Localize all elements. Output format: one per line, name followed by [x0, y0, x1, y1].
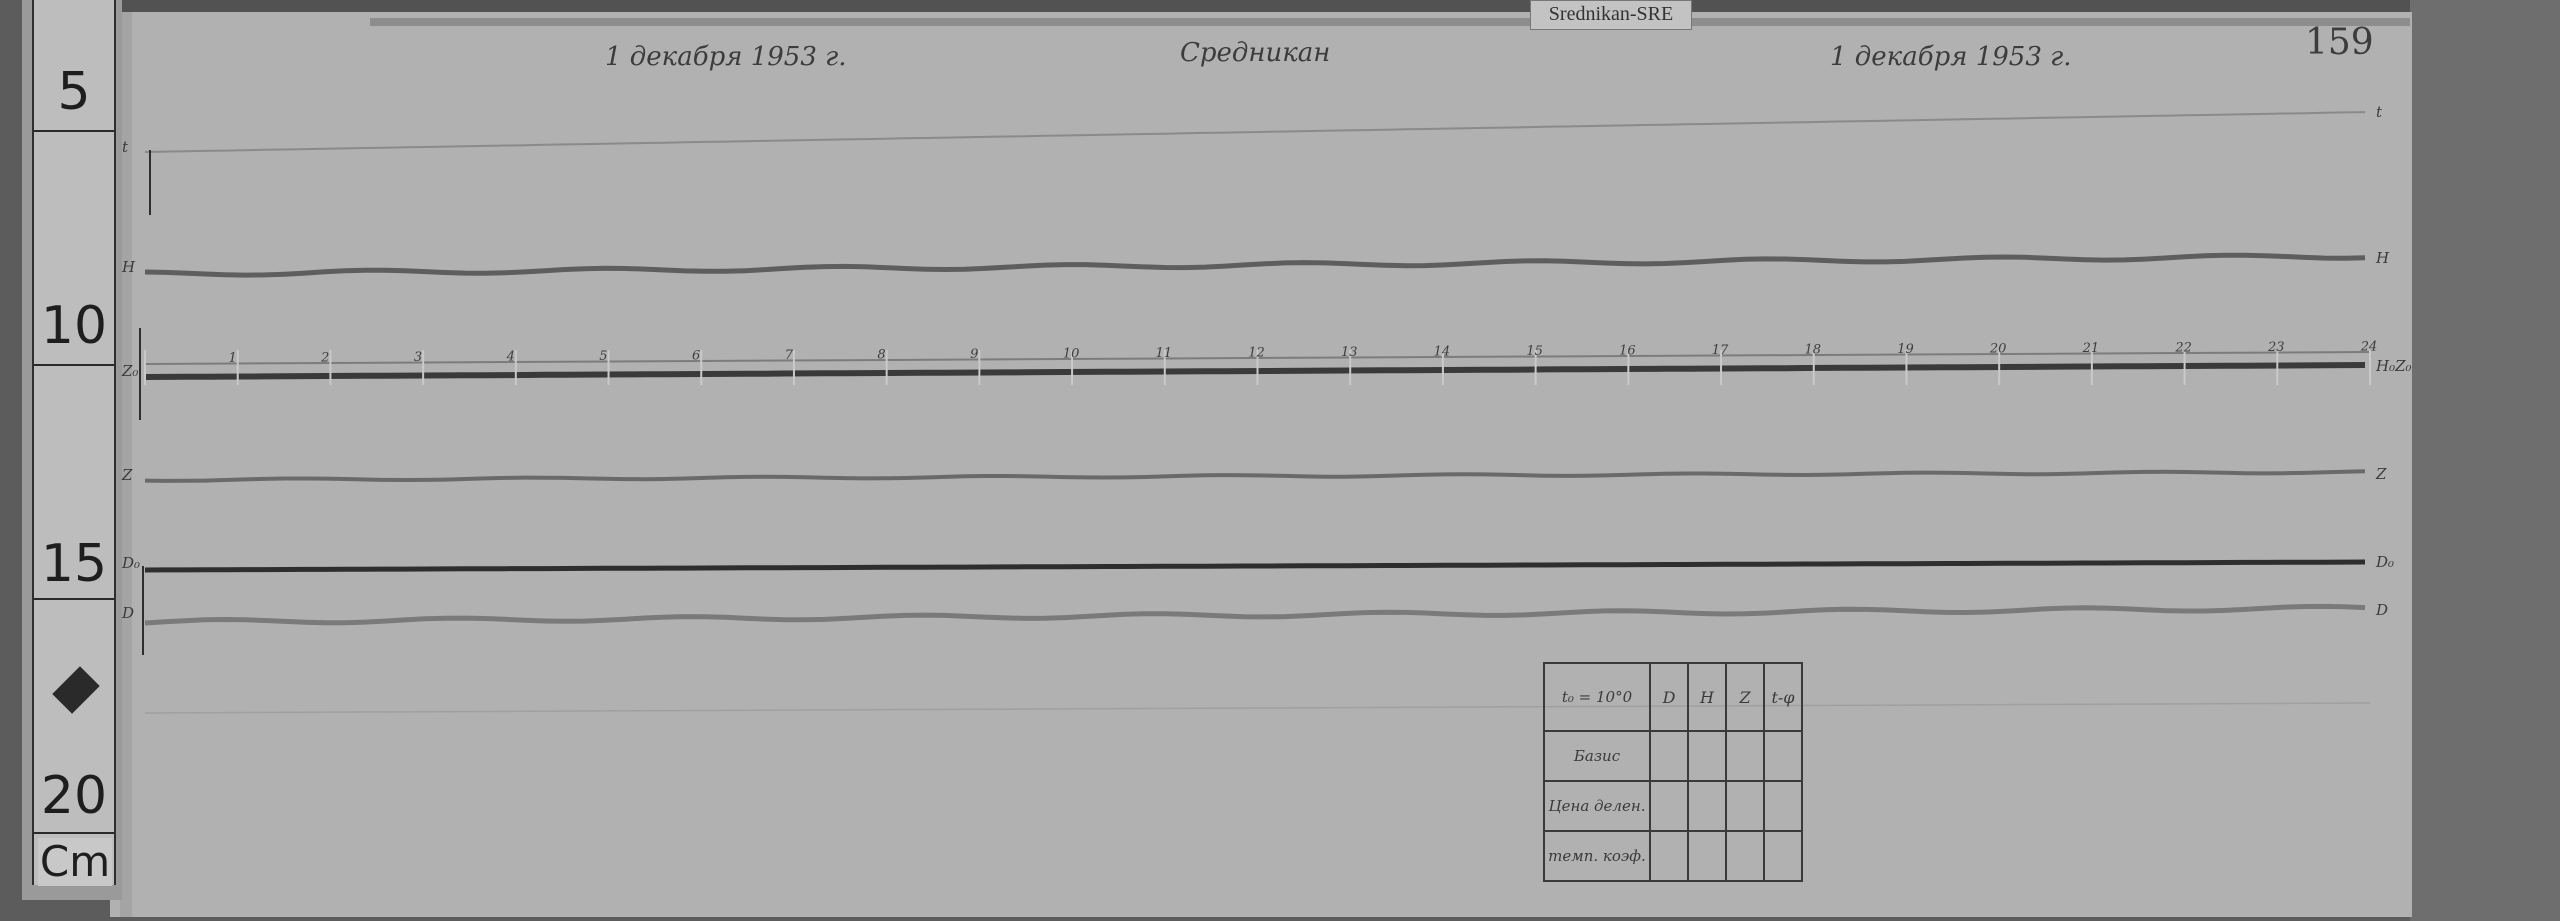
trace-label-right: D₀	[2375, 553, 2394, 571]
hour-mark-label: 12	[1248, 346, 1265, 361]
hour-mark-label: 9	[970, 347, 978, 362]
hour-mark-label: 1	[228, 351, 236, 366]
trace-label-left: Z	[121, 466, 133, 484]
hour-mark-label: 24	[2360, 340, 2378, 355]
trace-line	[145, 562, 2365, 570]
table-row-label: темп. коэф.	[1544, 831, 1650, 881]
hour-mark-label: 18	[1804, 343, 1821, 358]
table-cell	[1688, 781, 1726, 831]
trace-label-left: H	[121, 258, 136, 276]
trace-label-right: H₀Z₀	[2375, 357, 2412, 375]
hour-mark-label: 21	[2082, 341, 2100, 356]
trace-label-left: D₀	[121, 554, 140, 572]
table-row-label: Базис	[1544, 731, 1650, 781]
calibration-table: t₀ = 10°0 D H Z t-φ Базис Цена делен. те…	[1543, 662, 1803, 882]
table-header-cell: t₀ = 10°0	[1544, 663, 1650, 731]
table-header-cell: H	[1688, 663, 1726, 731]
hour-mark-label: 19	[1897, 342, 1914, 357]
table-cell	[1688, 831, 1726, 881]
trace-label-right: t	[2376, 103, 2383, 121]
table-header-cell: Z	[1726, 663, 1764, 731]
table-cell	[1764, 731, 1802, 781]
table-cell	[1764, 831, 1802, 881]
trace-label-right: D	[2375, 601, 2388, 619]
table-cell	[1764, 781, 1802, 831]
trace-line	[145, 606, 2365, 623]
hour-mark-label: 23	[2267, 340, 2285, 355]
table-cell	[1726, 731, 1764, 781]
trace-line	[145, 112, 2365, 152]
trace-label-left: Z₀	[121, 362, 138, 380]
hour-mark-label: 11	[1156, 346, 1173, 361]
table-cell	[1726, 781, 1764, 831]
table-row-label: Цена делен.	[1544, 781, 1650, 831]
hour-mark-label: 8	[877, 348, 885, 363]
hour-mark-label: 15	[1526, 344, 1543, 359]
hour-mark-label: 16	[1619, 344, 1636, 359]
hour-mark-label: 20	[1989, 342, 2007, 357]
magnetogram-traces: 123456789101112131415161718192021222324t…	[0, 0, 2560, 921]
hour-mark-label: 3	[414, 350, 422, 365]
hour-mark-label: 14	[1434, 345, 1451, 360]
hour-mark-label: 6	[692, 349, 700, 364]
trace-label-right: Z	[2375, 465, 2387, 483]
trace-line	[145, 255, 2365, 275]
table-cell	[1688, 731, 1726, 781]
table-cell	[1650, 831, 1688, 881]
hour-mark-label: 22	[2174, 341, 2192, 356]
table-header-cell: D	[1650, 663, 1688, 731]
hour-mark-label: 17	[1712, 343, 1729, 358]
hour-mark-label: 2	[320, 351, 329, 366]
hour-mark-label: 13	[1341, 345, 1358, 360]
trace-line	[145, 471, 2365, 481]
table-header-cell: t-φ	[1764, 663, 1802, 731]
table-cell	[1726, 831, 1764, 881]
hour-mark-label: 5	[599, 349, 607, 364]
trace-line	[145, 365, 2365, 377]
trace-label-left: D	[121, 604, 134, 622]
table-cell	[1650, 781, 1688, 831]
hour-mark-label: 4	[506, 350, 515, 365]
magnetogram-scan: Srednikan-SRE 1 декабря 1953 г. Средника…	[0, 0, 2560, 921]
hour-mark-label: 10	[1063, 347, 1080, 362]
hour-mark-label: 7	[785, 348, 794, 363]
trace-label-right: H	[2375, 249, 2390, 267]
table-cell	[1650, 731, 1688, 781]
trace-label-left: t	[122, 138, 129, 156]
